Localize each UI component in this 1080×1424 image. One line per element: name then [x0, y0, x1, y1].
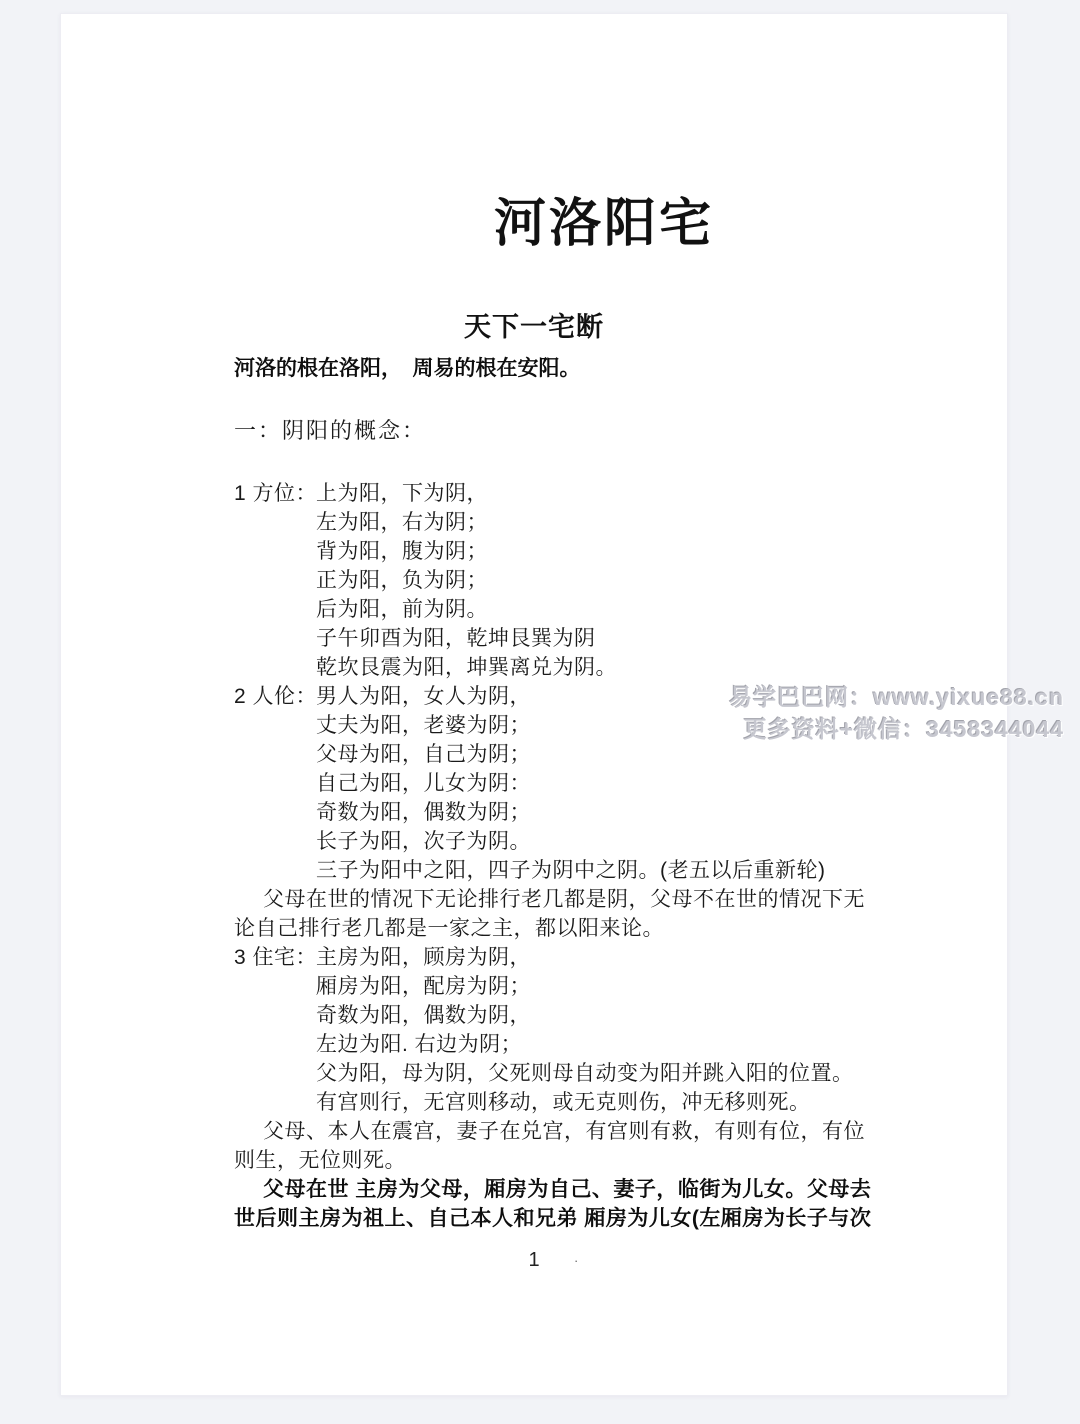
list-label: 3 住宅：	[234, 943, 316, 972]
text-line: 厢房为阳，配房为阴；	[316, 972, 957, 1001]
text-line: 父为阳，母为阴，父死则母自动变为阳并跳入阳的位置。	[316, 1059, 957, 1088]
text-line: 父母、本人在震宫，妻子在兑宫，有宫则有救，有则有位，有位	[234, 1117, 957, 1146]
text-line: 父母在世的情况下无论排行老几都是阴，父母不在世的情况下无	[234, 885, 957, 914]
list-lines: 上为阳，下为阴，左为阳，右为阴；背为阳，腹为阴；正为阳，负为阴；后为阳，前为阴。…	[316, 479, 957, 682]
document-title: 河洛阳宅	[131, 195, 1077, 253]
text-line: 主房为阳，顾房为阴，	[316, 943, 957, 972]
list-label: 2 人伦：	[234, 682, 316, 711]
paragraph-parents-rank: 父母在世的情况下无论排行老几都是阴，父母不在世的情况下无 论自己排行老几都是一家…	[234, 885, 957, 943]
text-line: 后为阳，前为阴。	[316, 595, 957, 624]
body-text: 1 方位： 上为阳，下为阴，左为阳，右为阴；背为阳，腹为阴；正为阳，负为阴；后为…	[234, 479, 957, 1233]
page-number: 1	[528, 1249, 539, 1271]
text-line: 左为阳，右为阴；	[316, 508, 957, 537]
text-line: 有宫则行，无宫则移动，或无克则伤，冲无移则死。	[316, 1088, 957, 1117]
text-line: 长子为阳，次子为阴。	[316, 827, 957, 856]
text-line: 左边为阳. 右边为阴；	[316, 1030, 957, 1059]
text-line: 父母在世 主房为父母，厢房为自己、妻子，临街为儿女。父母去	[234, 1175, 957, 1204]
text-line: 子午卯酉为阳，乾坤艮巽为阴	[316, 624, 957, 653]
text-line: 则生，无位则死。	[234, 1146, 957, 1175]
section-heading: 一：阴阳的概念：	[234, 417, 426, 445]
text-line: 背为阳，腹为阴；	[316, 537, 957, 566]
paragraph-palaces: 父母、本人在震宫，妻子在兑宫，有宫则有救，有则有位，有位 则生，无位则死。	[234, 1117, 957, 1175]
text-line: 上为阳，下为阴，	[316, 479, 957, 508]
text-line: 奇数为阳，偶数为阴；	[316, 798, 957, 827]
text-line: 三子为阳中之阳，四子为阴中之阴。(老五以后重新轮)	[316, 856, 957, 885]
intro-statement: 河洛的根在洛阳， 周易的根在安阳。	[234, 355, 581, 383]
text-line: 乾坎艮震为阳，坤巽离兑为阴。	[316, 653, 957, 682]
text-line: 自己为阳，儿女为阴：	[316, 769, 957, 798]
watermark-wechat-line: 更多资料+微信：3458344044	[729, 713, 1064, 745]
paragraph-rooms-bold: 父母在世 主房为父母，厢房为自己、妻子，临街为儿女。父母去 世后则主房为祖上、自…	[234, 1175, 957, 1233]
list-block-directions: 1 方位： 上为阳，下为阴，左为阳，右为阴；背为阳，腹为阴；正为阳，负为阴；后为…	[234, 479, 957, 682]
list-label: 1 方位：	[234, 479, 316, 508]
text-line: 论自己排行老几都是一家之主，都以阳来论。	[234, 914, 957, 943]
list-lines: 主房为阳，顾房为阴，厢房为阳，配房为阴；奇数为阳，偶数为阴，左边为阳. 右边为阴…	[316, 943, 957, 1117]
text-line: 世后则主房为祖上、自己本人和兄弟 厢房为儿女(左厢房为长子与次	[234, 1204, 957, 1233]
page-footer: 1 ·	[61, 1249, 1007, 1272]
scan-speck: ·	[574, 1253, 578, 1268]
chapter-subtitle: 天下一宅断	[61, 311, 1007, 343]
list-block-residence: 3 住宅： 主房为阳，顾房为阴，厢房为阳，配房为阴；奇数为阳，偶数为阴，左边为阳…	[234, 943, 957, 1117]
text-line: 正为阳，负为阴；	[316, 566, 957, 595]
watermark: 易学巴巴网：www.yixue88.cn 更多资料+微信：3458344044	[729, 681, 1064, 745]
document-canvas: 河洛阳宅 天下一宅断 河洛的根在洛阳， 周易的根在安阳。 一：阴阳的概念： 1 …	[0, 0, 1080, 1424]
watermark-site-line: 易学巴巴网：www.yixue88.cn	[729, 681, 1064, 713]
text-line: 奇数为阳，偶数为阴，	[316, 1001, 957, 1030]
